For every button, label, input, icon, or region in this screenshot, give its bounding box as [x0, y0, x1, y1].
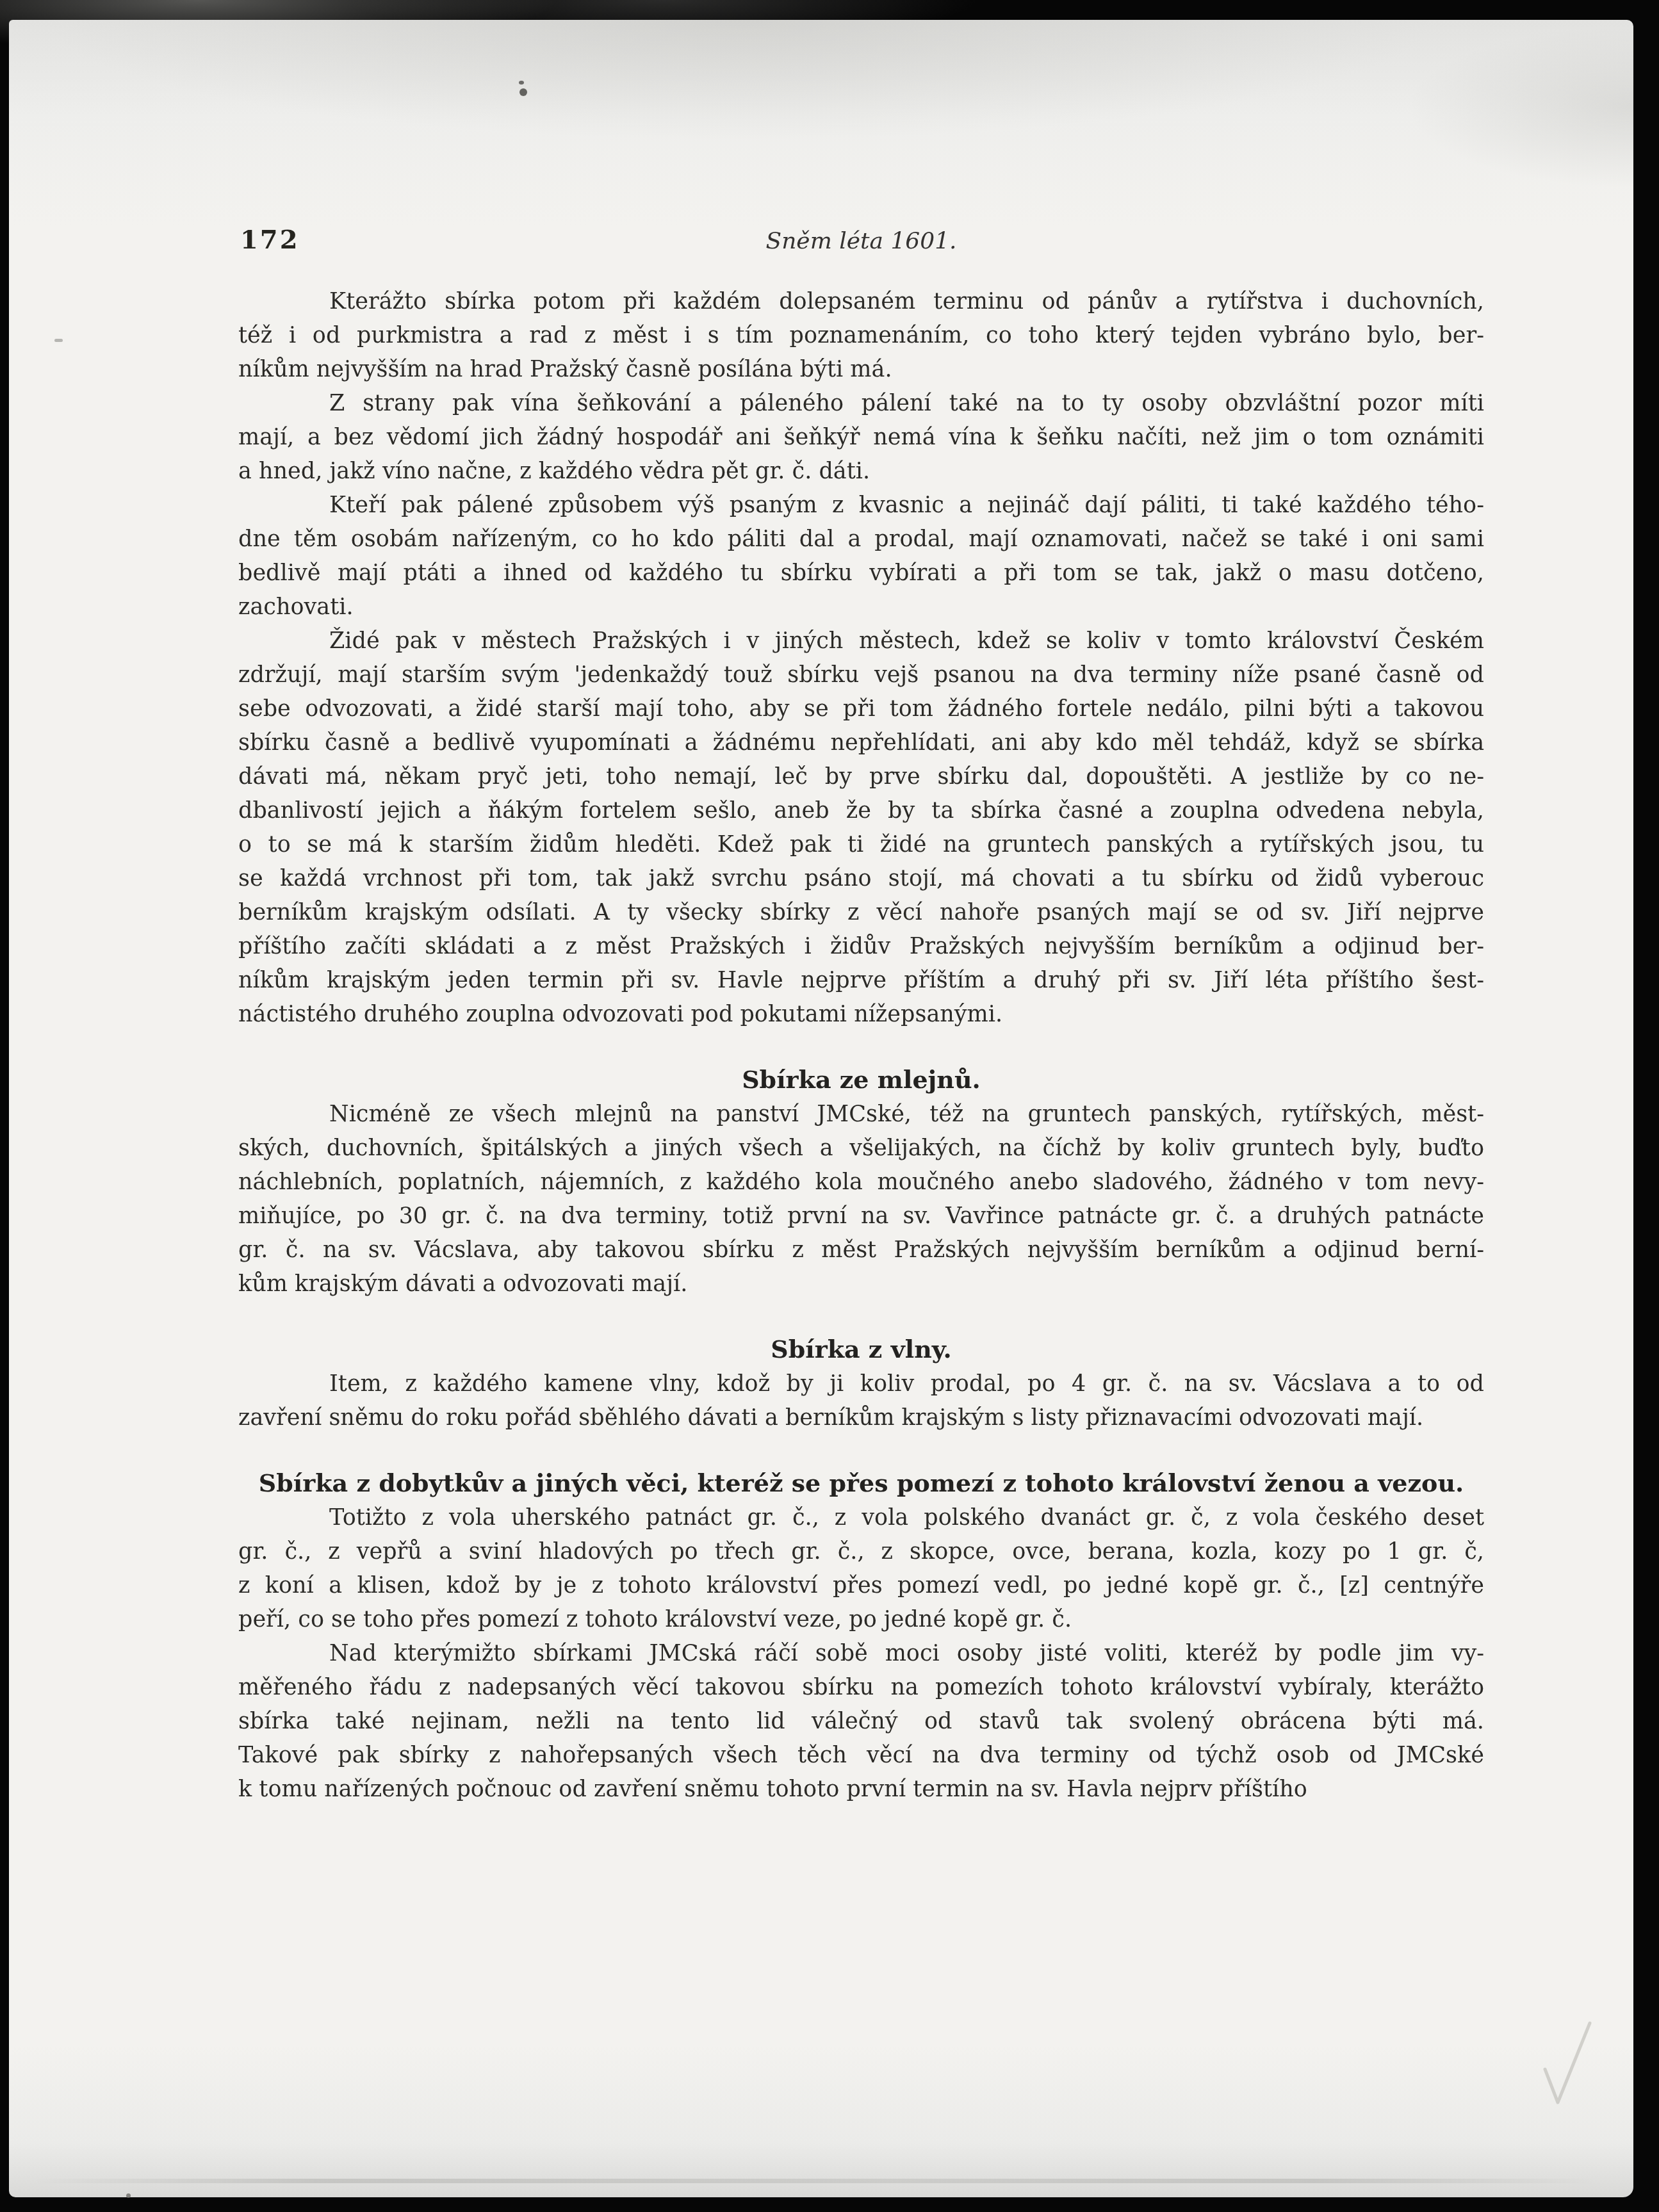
heading-line: Sbírka z vlny.	[238, 1332, 1484, 1366]
heading-line: Sbírka z dobytkův a jiných věci, kteréž …	[238, 1466, 1484, 1500]
text-line: sebe odvozovati, a židé starší mají toho…	[238, 692, 1484, 726]
heading-line: Sbírka ze mlejnů.	[238, 1062, 1484, 1096]
text-line: zdržují, mají starším svým 'jedenkaždý t…	[238, 658, 1484, 692]
text-line: též i od purkmistra a rad z měst i s tím…	[238, 319, 1484, 353]
text-line: gr. č., z vepřů a sviní hladových po tře…	[238, 1535, 1484, 1569]
section-heading: Sbírka z dobytkův a jiných věci, kteréž …	[238, 1466, 1484, 1500]
text-line: Item, z každého kamene vlny, kdož by ji …	[238, 1367, 1484, 1401]
text-line: Kterážto sbírka potom při každém dolepsa…	[238, 285, 1484, 319]
text-line: měřeného řádu z nadepsaných věcí takovou…	[238, 1671, 1484, 1705]
text-line: k tomu nařízených počnouc od zavření sně…	[238, 1773, 1484, 1807]
text-line: a hned, jakž víno načne, z každého vědra…	[238, 455, 1484, 489]
running-head: Sněm léta 1601.	[238, 228, 1484, 254]
text-line: miňujíce, po 30 gr. č. na dva terminy, t…	[238, 1200, 1484, 1233]
text-line: o to se má k starším židům hleděti. Kdež…	[238, 828, 1484, 862]
text-line: příštího začíti skládati a z měst Pražsk…	[238, 930, 1484, 964]
text-line: se každá vrchnost při tom, tak jakž svrc…	[238, 862, 1484, 896]
text-line: sbírku časně a bedlivě vyupomínati a žád…	[238, 726, 1484, 760]
text-line: zachovati.	[238, 590, 1484, 624]
text-line: Nicméně ze všech mlejnů na panství JMCsk…	[238, 1098, 1484, 1132]
text-line: Nad kterýmižto sbírkami JMCská ráčí sobě…	[238, 1637, 1484, 1671]
paragraph: Z strany pak vína šeňkování a páleného p…	[238, 387, 1484, 489]
section-heading: Sbírka z vlny.	[238, 1332, 1484, 1366]
paragraph: Item, z každého kamene vlny, kdož by ji …	[238, 1367, 1484, 1435]
ink-spot	[519, 81, 524, 85]
text-line: bedlivě mají ptáti a ihned od každého tu…	[238, 557, 1484, 590]
text-line: gr. č. na sv. Vácslava, aby takovou sbír…	[238, 1233, 1484, 1267]
paragraph: Nad kterýmižto sbírkami JMCská ráčí sobě…	[238, 1637, 1484, 1807]
text-line: kům krajským dávati a odvozovati mají.	[238, 1267, 1484, 1301]
paragraph: Kterážto sbírka potom při každém dolepsa…	[238, 285, 1484, 387]
text-line: Židé pak v městech Pražských i v jiných …	[238, 624, 1484, 658]
text-line: dne těm osobám nařízeným, co ho kdo páli…	[238, 523, 1484, 557]
text-line: níkům nejvyšším na hrad Pražský časně po…	[238, 353, 1484, 387]
ink-speck	[54, 339, 63, 342]
text-line: Kteří pak pálené způsobem výš psaným z k…	[238, 489, 1484, 523]
section-heading: Sbírka ze mlejnů.	[238, 1062, 1484, 1096]
text-line: sbírka také nejinam, nežli na tento lid …	[238, 1705, 1484, 1739]
pencil-checkmark-icon	[1533, 2005, 1610, 2146]
book-page: 172 Sněm léta 1601. Kterážto sbírka poto…	[9, 20, 1633, 2197]
text-line: dbanlivostí jejich a ňákým fortelem sešl…	[238, 794, 1484, 828]
paragraph: Kteří pak pálené způsobem výš psaným z k…	[238, 489, 1484, 624]
text-line: zavření sněmu do roku pořád sběhlého dáv…	[238, 1401, 1484, 1435]
paragraph: Totižto z vola uherského patnáct gr. č.,…	[238, 1501, 1484, 1637]
text-line: peří, co se toho přes pomezí z tohoto kr…	[238, 1603, 1484, 1637]
text-line: Totižto z vola uherského patnáct gr. č.,…	[238, 1501, 1484, 1535]
text-line: berníkům krajským odsílati. A ty všecky …	[238, 896, 1484, 930]
text-line: náchlebních, poplatních, nájemních, z ka…	[238, 1166, 1484, 1200]
text-line: Z strany pak vína šeňkování a páleného p…	[238, 387, 1484, 421]
text-line: dávati má, někam pryč jeti, toho nemají,…	[238, 760, 1484, 794]
ink-speck	[126, 2193, 131, 2198]
text-line: náctistého druhého zouplna odvozovati po…	[238, 998, 1484, 1032]
text-line: Takové pak sbírky z nahořepsaných všech …	[238, 1739, 1484, 1773]
text-line: z koní a klisen, kdož by je z tohoto krá…	[238, 1569, 1484, 1603]
text-line: mají, a bez vědomí jich žádný hospodář a…	[238, 421, 1484, 455]
text-block: Kterážto sbírka potom při každém dolepsa…	[238, 285, 1484, 1807]
text-line: níkům krajským jeden termin při sv. Havl…	[238, 964, 1484, 998]
scan-frame: 172 Sněm léta 1601. Kterážto sbírka poto…	[0, 0, 1659, 2212]
ink-spot	[519, 88, 527, 96]
paragraph: Nicméně ze všech mlejnů na panství JMCsk…	[238, 1098, 1484, 1301]
text-line: ských, duchovních, špitálských a jiných …	[238, 1132, 1484, 1166]
paragraph: Židé pak v městech Pražských i v jiných …	[238, 624, 1484, 1032]
